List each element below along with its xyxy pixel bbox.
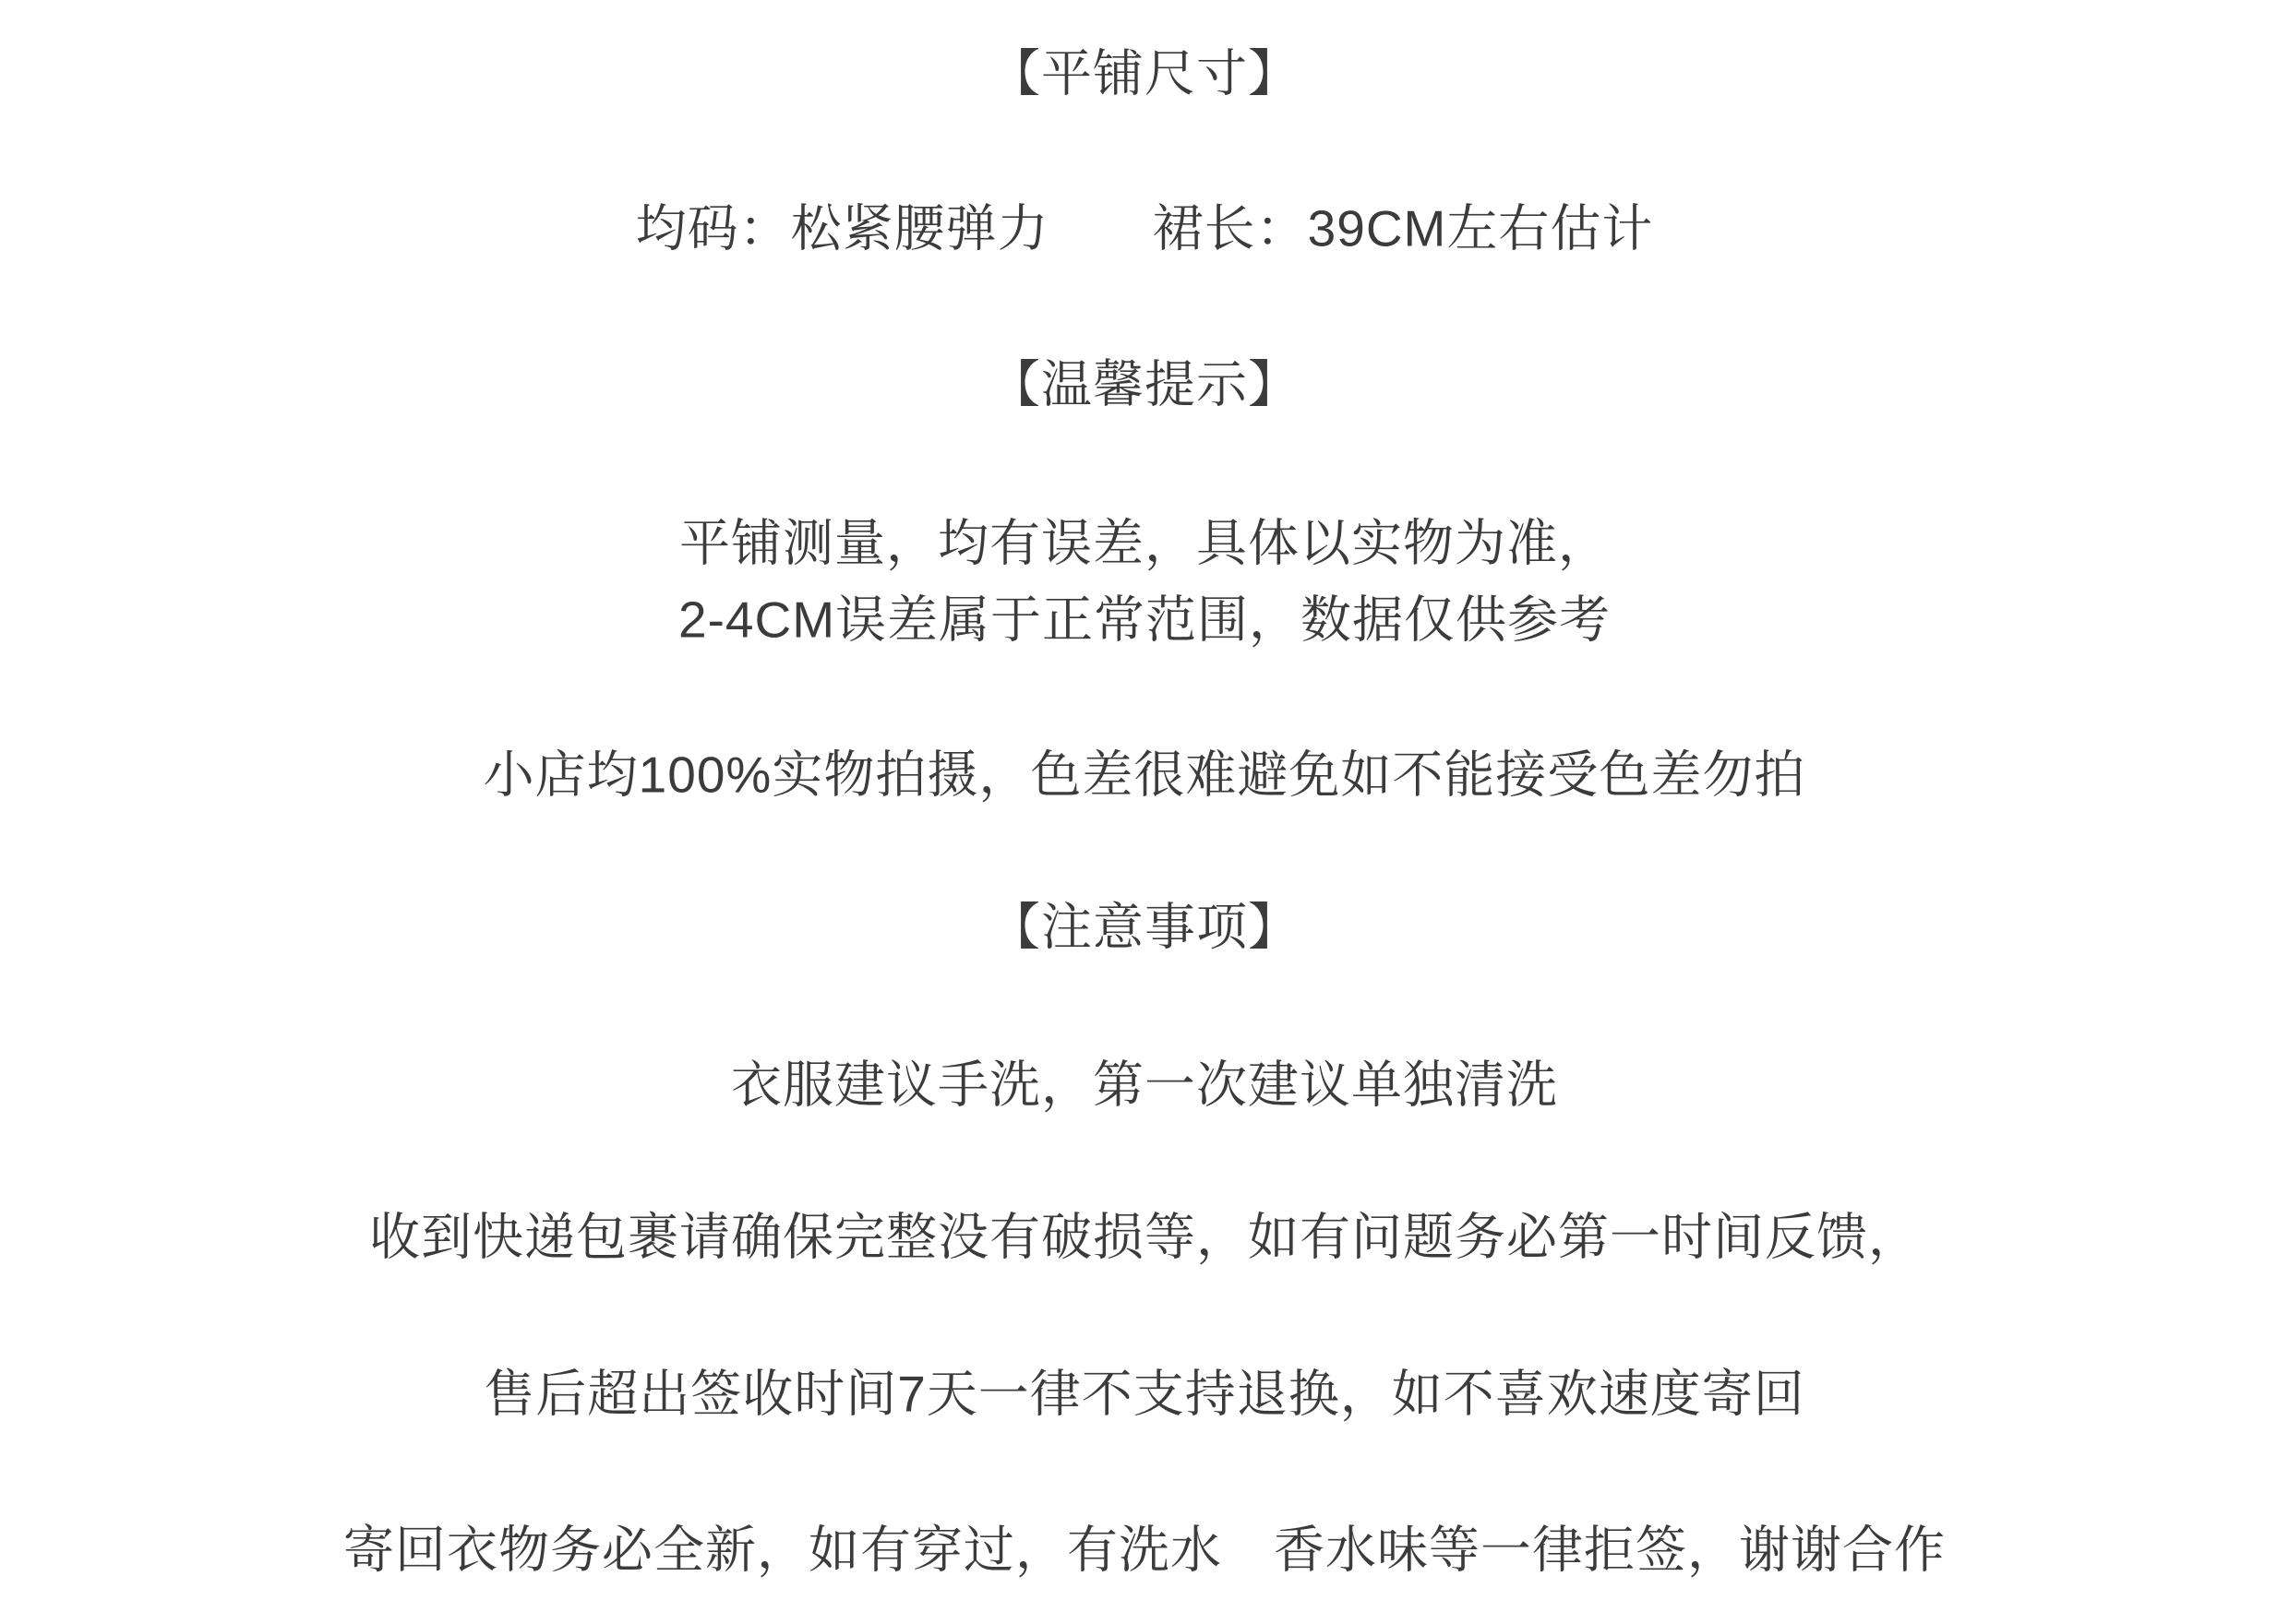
measurement-tip-line-1: 平铺测量，均有误差，具体以实物为准， <box>0 519 2289 569</box>
return-policy-line: 售后超出签收时间7天一律不支持退换，如不喜欢速度寄回 <box>0 1369 2289 1420</box>
wash-instruction-line: 衣服建议手洗，第一次建议单独清洗 <box>0 1060 2289 1111</box>
return-condition-line: 寄回衣物务必全新，如有穿过，有洗水 香水味等一律拒签，谢谢合作 <box>0 1525 2289 1576</box>
section-title-flat-size: 【平铺尺寸】 <box>0 49 2289 100</box>
size-info-line: 均码：松紧腰弹力 裙长：39CM左右估计 <box>0 204 2289 255</box>
photo-color-notice-line: 小店均100%实物拍摄，色差很难避免如不能接受色差勿拍 <box>0 750 2289 801</box>
product-description-page: 【平铺尺寸】 均码：松紧腰弹力 裙长：39CM左右估计 【温馨提示】 平铺测量，… <box>0 0 2289 1624</box>
delivery-check-line: 收到快递包裹请确保完整没有破损等，如有问题务必第一时间反馈， <box>0 1212 2289 1263</box>
section-title-warm-tips: 【温馨提示】 <box>0 360 2289 411</box>
measurement-tip-line-2: 2-4CM误差属于正常范围，数据仅供参考 <box>0 595 2289 646</box>
section-title-notes: 【注意事项】 <box>0 902 2289 953</box>
